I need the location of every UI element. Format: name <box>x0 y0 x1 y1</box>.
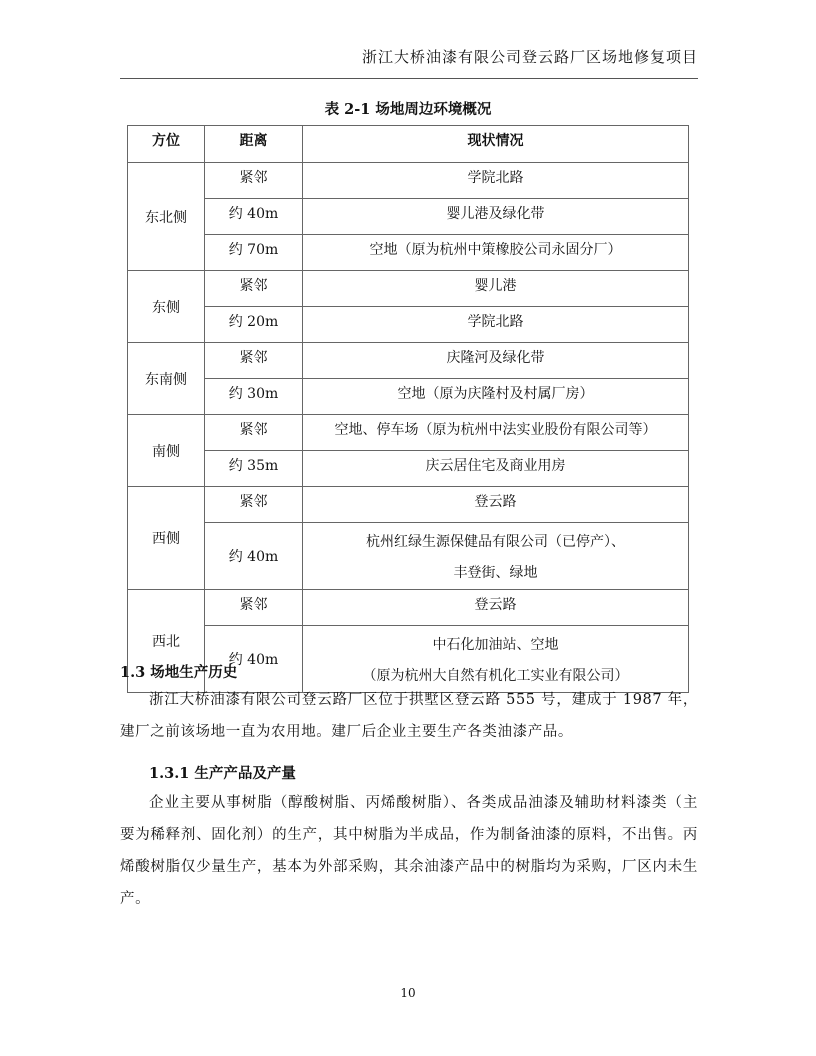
table-row: 约 20m 学院北路 <box>128 307 689 343</box>
distance-cell: 约 20m <box>205 307 303 343</box>
status-cell: 空地（原为杭州中策橡胶公司永固分厂） <box>303 235 689 271</box>
page-number: 10 <box>0 986 816 1000</box>
table-caption: 表 2-1 场地周边环境概况 <box>0 98 816 119</box>
distance-cell: 紧邻 <box>205 415 303 451</box>
table-header-row: 方位 距离 现状情况 <box>128 126 689 163</box>
status-cell: 登云路 <box>303 487 689 523</box>
status-cell: 空地、停车场（原为杭州中法实业股份有限公司等） <box>303 415 689 451</box>
table-row: 约 35m 庆云居住宅及商业用房 <box>128 451 689 487</box>
status-line: 中石化加油站、空地 <box>303 630 688 661</box>
table-row: 南侧 紧邻 空地、停车场（原为杭州中法实业股份有限公司等） <box>128 415 689 451</box>
distance-cell: 紧邻 <box>205 271 303 307</box>
table-row: 约 40m 杭州红绿生源保健品有限公司（已停产）、 丰登街、绿地 <box>128 523 689 590</box>
distance-cell: 紧邻 <box>205 343 303 379</box>
direction-cell: 东南侧 <box>128 343 205 415</box>
distance-cell: 紧邻 <box>205 163 303 199</box>
distance-cell: 约 35m <box>205 451 303 487</box>
status-cell: 杭州红绿生源保健品有限公司（已停产）、 丰登街、绿地 <box>303 523 689 590</box>
surroundings-table: 方位 距离 现状情况 东北侧 紧邻 学院北路 约 40m 婴儿港及绿化带 约 7… <box>127 125 689 693</box>
table-row: 东侧 紧邻 婴儿港 <box>128 271 689 307</box>
direction-cell: 东侧 <box>128 271 205 343</box>
distance-cell: 紧邻 <box>205 590 303 626</box>
status-line: 杭州红绿生源保健品有限公司（已停产）、 <box>303 527 688 558</box>
column-header-direction: 方位 <box>128 126 205 163</box>
status-cell: 庆云居住宅及商业用房 <box>303 451 689 487</box>
distance-cell: 紧邻 <box>205 487 303 523</box>
table-row: 约 40m 中石化加油站、空地 （原为杭州大自然有机化工实业有限公司） <box>128 626 689 693</box>
table-row: 约 40m 婴儿港及绿化带 <box>128 199 689 235</box>
direction-cell: 东北侧 <box>128 163 205 271</box>
table-row: 西北 紧邻 登云路 <box>128 590 689 626</box>
table-row: 东南侧 紧邻 庆隆河及绿化带 <box>128 343 689 379</box>
section-heading-1-3-1: 1.3.1 生产产品及产量 <box>149 762 296 783</box>
status-cell: 庆隆河及绿化带 <box>303 343 689 379</box>
status-cell: 中石化加油站、空地 （原为杭州大自然有机化工实业有限公司） <box>303 626 689 693</box>
column-header-status: 现状情况 <box>303 126 689 163</box>
section-1-3-1-paragraph: 企业主要从事树脂（醇酸树脂、丙烯酸树脂）、各类成品油漆及辅助材料漆类（主要为稀释… <box>120 787 698 915</box>
table-row: 约 30m 空地（原为庆隆村及村属厂房） <box>128 379 689 415</box>
direction-cell: 西侧 <box>128 487 205 590</box>
distance-cell: 约 40m <box>205 626 303 693</box>
status-cell: 登云路 <box>303 590 689 626</box>
table-row: 西侧 紧邻 登云路 <box>128 487 689 523</box>
table-row: 约 70m 空地（原为杭州中策橡胶公司永固分厂） <box>128 235 689 271</box>
header-divider <box>120 78 698 79</box>
section-1-3-paragraph: 浙江大桥油漆有限公司登云路厂区位于拱墅区登云路 555 号，建成于 1987 年… <box>120 684 698 748</box>
status-cell: 空地（原为庆隆村及村属厂房） <box>303 379 689 415</box>
distance-cell: 约 40m <box>205 523 303 590</box>
status-cell: 婴儿港及绿化带 <box>303 199 689 235</box>
status-cell: 婴儿港 <box>303 271 689 307</box>
running-header: 浙江大桥油漆有限公司登云路厂区场地修复项目 <box>120 46 698 67</box>
table-row: 东北侧 紧邻 学院北路 <box>128 163 689 199</box>
section-heading-1-3: 1.3 场地生产历史 <box>120 661 237 682</box>
direction-cell: 南侧 <box>128 415 205 487</box>
column-header-distance: 距离 <box>205 126 303 163</box>
status-cell: 学院北路 <box>303 163 689 199</box>
status-line: 丰登街、绿地 <box>303 558 688 589</box>
status-cell: 学院北路 <box>303 307 689 343</box>
distance-cell: 约 40m <box>205 199 303 235</box>
distance-cell: 约 70m <box>205 235 303 271</box>
distance-cell: 约 30m <box>205 379 303 415</box>
